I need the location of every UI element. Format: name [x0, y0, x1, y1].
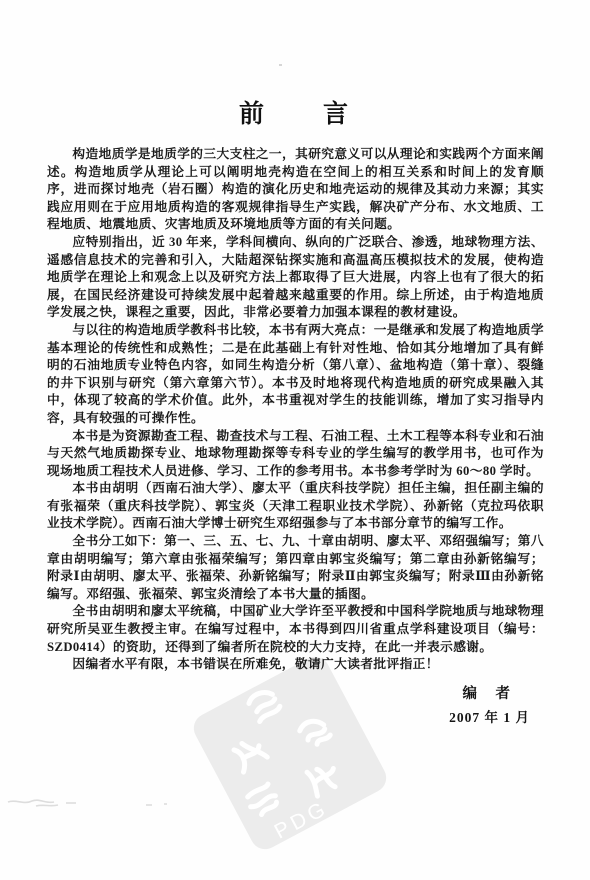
preface-body: 构造地质学是地质学的三大支柱之一，其研究意义可以从理论和实践两个方面来阐述。构造…	[47, 146, 544, 674]
paragraph-1: 构造地质学是地质学的三大支柱之一，其研究意义可以从理论和实践两个方面来阐述。构造…	[47, 146, 544, 234]
page-title: 前 言	[0, 94, 590, 130]
paragraph-5: 本书由胡明（西南石油大学）、廖太平（重庆科技学院）担任主编，担任副主编的有张福荣…	[47, 480, 544, 533]
paragraph-8: 因编者水平有限，本书错误在所难免，敬请广大读者批评指正！	[47, 656, 544, 674]
paragraph-7: 全书由胡明和廖太平统稿，中国矿业大学许至平教授和中国科学院地质与地球物理研究所吴…	[47, 603, 544, 656]
paragraph-4: 本书是为资源勘查工程、勘查技术与工程、石油工程、土木工程等本科专业和石油与天然气…	[47, 428, 544, 481]
pdg-seal-watermark-icon: PDG	[190, 648, 400, 863]
scan-noise-dot	[279, 64, 282, 66]
paragraph-3: 与以往的构造地质学教科书比较，本书有两大亮点：一是继承和发展了构造地质学基本理论…	[47, 322, 544, 428]
paragraph-6: 全书分工如下：第一、三、五、七、九、十章由胡明、廖太平、邓绍强编写；第八章由胡明…	[47, 533, 544, 603]
paragraph-2: 应特别指出，近 30 年来，学科间横向、纵向的广泛联合、渗透，地球物理方法、遥感…	[47, 234, 544, 322]
editor-signature: 编 者	[463, 682, 513, 703]
book-preface-page: PDG 前 言 构造地质学是地质学的三大支柱之一，其研究意义可以从理论和实践两个…	[0, 0, 590, 880]
signature-date: 2007 年 1 月	[449, 706, 530, 726]
scan-smudge	[6, 795, 206, 811]
